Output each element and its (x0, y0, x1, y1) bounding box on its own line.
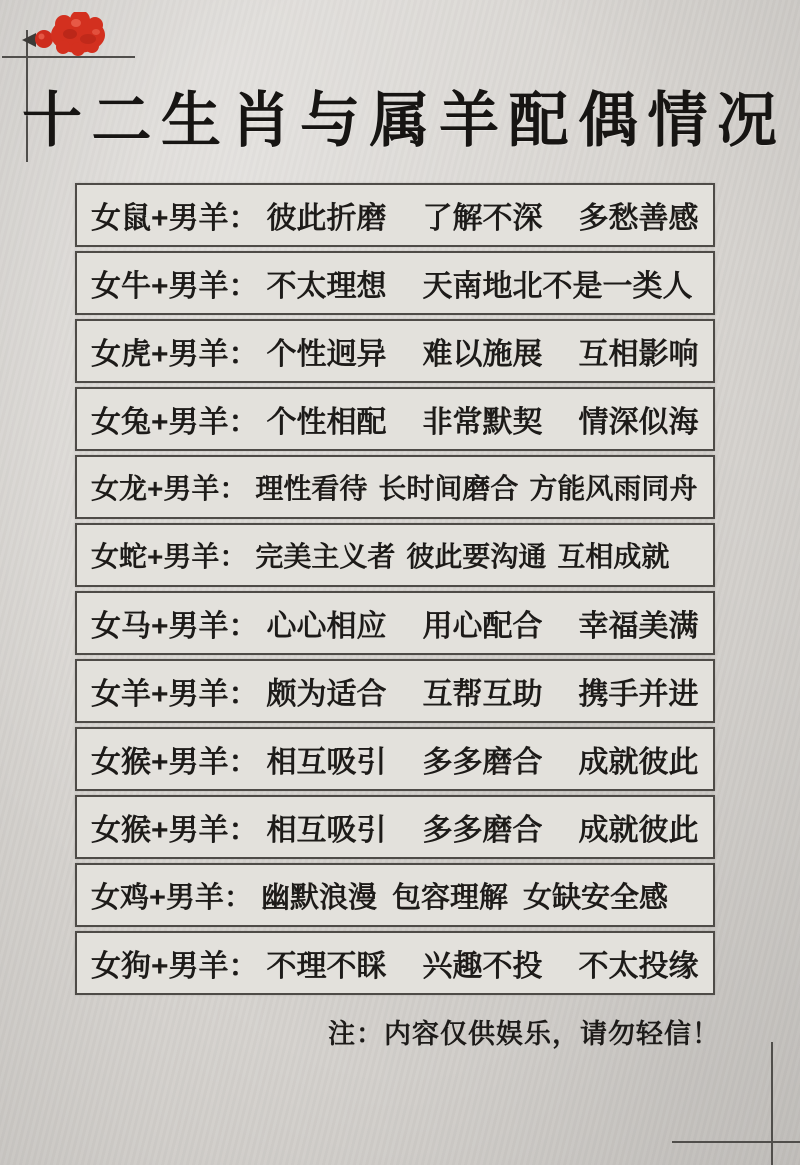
phrase: 互相影响 (579, 329, 699, 373)
phrase: 幽默浪漫 (261, 875, 377, 916)
phrase: 难以施展 (423, 329, 543, 373)
table-row: 女狗+男羊： 不理不睬 兴趣不投 不太投缘 (75, 931, 715, 995)
phrase: 理性看待 (255, 467, 367, 507)
pair-label: 女狗+男羊： (91, 941, 259, 985)
crosshair-bottom-right-vertical (771, 1042, 773, 1165)
phrase: 成就彼此 (579, 805, 699, 849)
phrase: 互帮互助 (423, 669, 543, 713)
phrase: 个性相配 (267, 397, 387, 441)
phrase: 非常默契 (423, 397, 543, 441)
table-row: 女猴+男羊： 相互吸引 多多磨合 成就彼此 (75, 795, 715, 859)
table-row: 女马+男羊： 心心相应 用心配合 幸福美满 (75, 591, 715, 655)
pair-label: 女鸡+男羊： (91, 875, 253, 916)
phrase: 成就彼此 (579, 737, 699, 781)
phrase: 长时间磨合 (378, 467, 518, 507)
phrase: 不理不睬 (267, 941, 387, 985)
phrase: 方能风雨同舟 (529, 467, 697, 507)
phrase: 个性迥异 (267, 329, 387, 373)
page-title: 十二生肖与属羊配偶情况 (22, 86, 778, 155)
phrase: 互相成就 (557, 535, 669, 575)
phrase: 幸福美满 (579, 601, 699, 645)
pair-label: 女鼠+男羊： (91, 193, 259, 237)
phrase: 相互吸引 (267, 737, 387, 781)
table-row: 女兔+男羊： 个性相配 非常默契 情深似海 (75, 387, 715, 451)
pair-label: 女马+男羊： (91, 601, 259, 645)
pair-label: 女虎+男羊： (91, 329, 259, 373)
table-row: 女鼠+男羊： 彼此折磨 了解不深 多愁善感 (75, 183, 715, 247)
crosshair-bottom-right-horizontal (672, 1141, 800, 1143)
phrase: 多多磨合 (423, 805, 543, 849)
table-row: 女鸡+男羊： 幽默浪漫 包容理解 女缺安全感 (75, 863, 715, 927)
table-row: 女龙+男羊： 理性看待 长时间磨合 方能风雨同舟 (75, 455, 715, 519)
pair-label: 女蛇+男羊： (91, 535, 247, 575)
pair-label: 女龙+男羊： (91, 467, 247, 507)
table-row: 女牛+男羊： 不太理想 天南地北不是一类人 (75, 251, 715, 315)
phrase: 心心相应 (267, 601, 387, 645)
pair-label: 女猴+男羊： (91, 805, 259, 849)
phrase: 携手并进 (579, 669, 699, 713)
phrase: 不太投缘 (579, 941, 699, 985)
phrase: 天南地北不是一类人 (423, 261, 693, 305)
phrase: 用心配合 (423, 601, 543, 645)
phrase: 彼此折磨 (267, 193, 387, 237)
phrase: 兴趣不投 (423, 941, 543, 985)
table-row: 女蛇+男羊： 完美主义者 彼此要沟通 互相成就 (75, 523, 715, 587)
pair-label: 女牛+男羊： (91, 261, 259, 305)
disclaimer-note: 注：内容仅供娱乐，请勿轻信！ (328, 1012, 720, 1051)
phrase: 情深似海 (579, 397, 699, 441)
phrase: 相互吸引 (267, 805, 387, 849)
pair-label: 女猴+男羊： (91, 737, 259, 781)
phrase: 包容理解 (392, 875, 508, 916)
phrase: 女缺安全感 (523, 875, 668, 916)
table-row: 女羊+男羊： 颇为适合 互帮互助 携手并进 (75, 659, 715, 723)
phrase: 彼此要沟通 (406, 535, 546, 575)
compatibility-table: 女鼠+男羊： 彼此折磨 了解不深 多愁善感 女牛+男羊： 不太理想 天南地北不是… (75, 183, 715, 999)
phrase: 不太理想 (267, 261, 387, 305)
table-row: 女猴+男羊： 相互吸引 多多磨合 成就彼此 (75, 727, 715, 791)
red-figurine-icon (18, 12, 114, 62)
pair-label: 女兔+男羊： (91, 397, 259, 441)
table-row: 女虎+男羊： 个性迥异 难以施展 互相影响 (75, 319, 715, 383)
phrase: 颇为适合 (267, 669, 387, 713)
phrase: 了解不深 (423, 193, 543, 237)
phrase: 完美主义者 (255, 535, 395, 575)
phrase: 多多磨合 (423, 737, 543, 781)
pair-label: 女羊+男羊： (91, 669, 259, 713)
phrase: 多愁善感 (579, 193, 699, 237)
